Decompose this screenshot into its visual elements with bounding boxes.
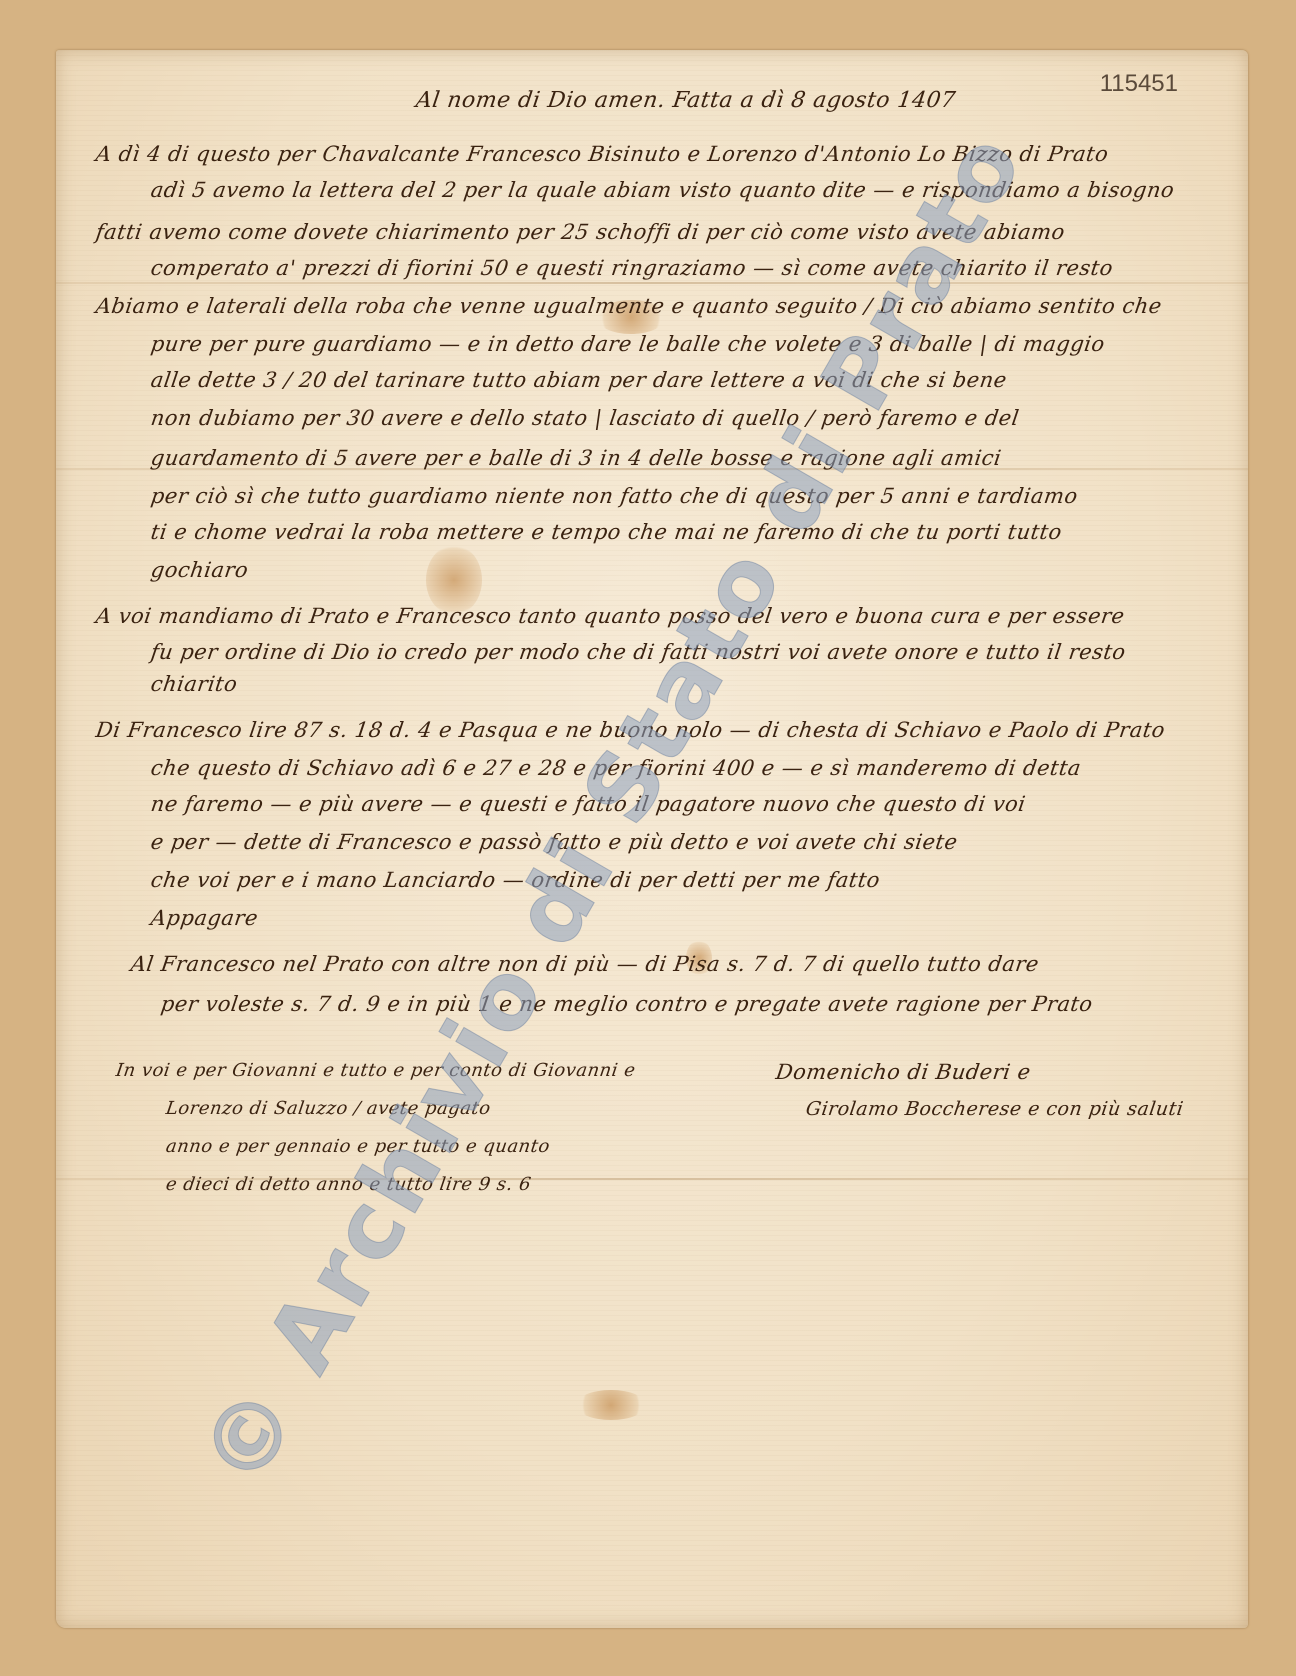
body-line: ne faremo — e più avere — e questi e fat… <box>149 792 1027 816</box>
footer-note-line: In voi e per Giovanni e tutto e per cont… <box>115 1060 637 1081</box>
body-line: alle dette 3 / 20 del tarinare tutto abi… <box>149 368 1008 392</box>
fold-crease <box>56 282 1248 284</box>
body-line: fatti avemo come dovete chiarimento per … <box>94 220 1066 244</box>
body-line: A voi mandiamo di Prato e Francesco tant… <box>94 604 1126 628</box>
body-line: Di Francesco lire 87 s. 18 d. 4 e Pasqua… <box>94 718 1166 742</box>
body-line: guardamento di 5 avere per e balle di 3 … <box>149 446 1003 470</box>
body-line: A dì 4 di questo per Chavalcante Frances… <box>94 142 1110 166</box>
body-line: Appagare <box>149 906 259 930</box>
signature: Girolamo Boccherese e con più saluti <box>804 1098 1185 1120</box>
body-line: pure per pure guardiamo — e in detto dar… <box>149 332 1106 356</box>
body-line: ti e chome vedrai la roba mettere e temp… <box>149 520 1063 544</box>
body-line: e per — dette di Francesco e passò fatto… <box>149 830 959 854</box>
body-line: Abiamo e laterali della roba che venne u… <box>94 294 1163 318</box>
archive-number: 115451 <box>1100 70 1178 98</box>
letter-heading: Al nome di Dio amen. Fatta a dì 8 agosto… <box>414 88 957 113</box>
body-line: per voleste s. 7 d. 9 e in più 1 e ne me… <box>159 992 1094 1016</box>
signature: Domenicho di Buderi e <box>774 1060 1032 1084</box>
footer-note-line: anno e per gennaio e per tutto e quanto <box>165 1136 552 1157</box>
body-line: fu per ordine di Dio io credo per modo c… <box>149 640 1127 664</box>
footer-note-line: e dieci di detto anno e tutto lire 9 s. … <box>165 1174 533 1195</box>
body-line: adì 5 avemo la lettera del 2 per la qual… <box>149 178 1176 202</box>
ink-stain <box>576 1390 646 1420</box>
footer-note-line: Lorenzo di Saluzzo / avete pagato <box>165 1098 493 1119</box>
body-line: Al Francesco nel Prato con altre non di … <box>129 952 1040 976</box>
body-line: non dubiamo per 30 avere e dello stato |… <box>149 406 1020 430</box>
body-line: che voi per e i mano Lanciardo — ordine … <box>149 868 881 892</box>
body-line: chiarito <box>149 672 239 696</box>
body-line: comperato a' prezzi di fiorini 50 e ques… <box>149 256 1114 280</box>
body-line: per ciò sì che tutto guardiamo niente no… <box>149 484 1079 508</box>
manuscript-page: 115451 Al nome di Dio amen. Fatta a dì 8… <box>56 50 1248 1628</box>
body-line: gochiaro <box>149 558 250 582</box>
body-line: che questo di Schiavo adì 6 e 27 e 28 e … <box>149 756 1082 780</box>
